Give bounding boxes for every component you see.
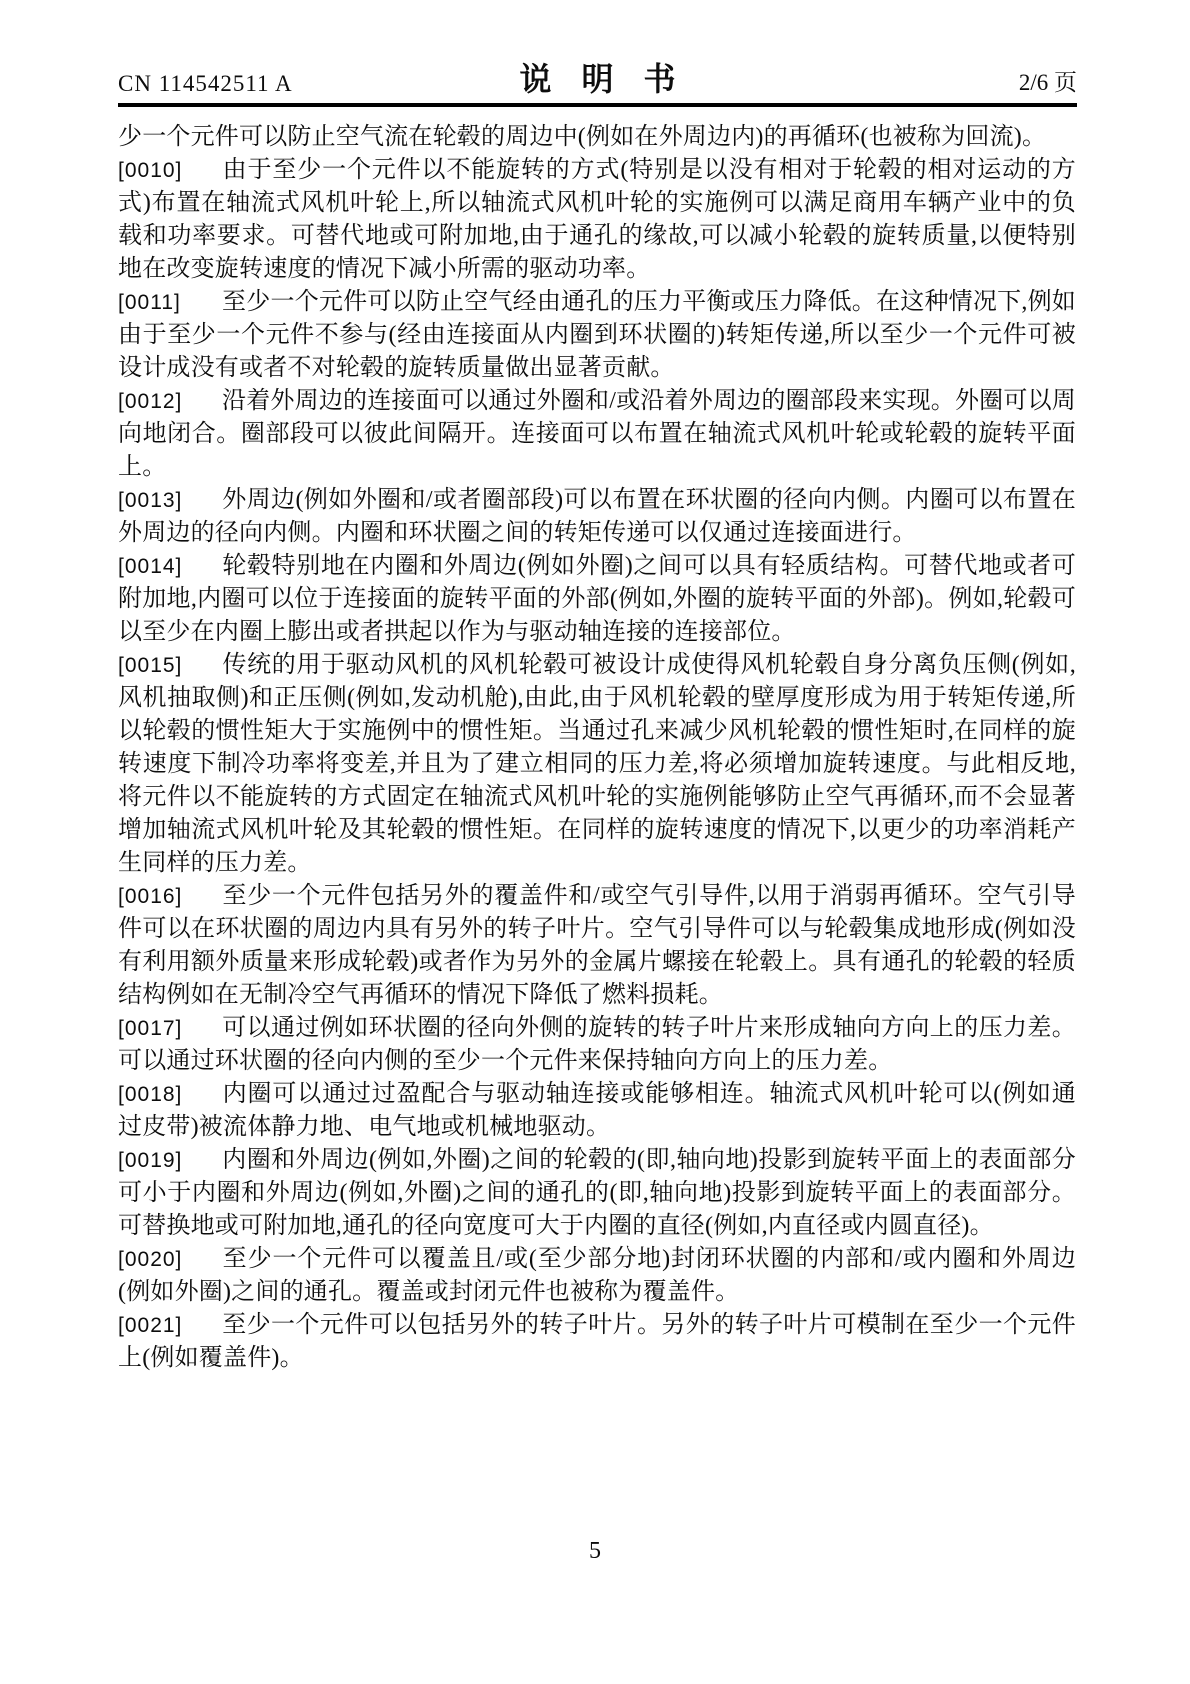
paragraph-0011: [0011]至少一个元件可以防止空气经由通孔的压力平衡或压力降低。在这种情况下,… bbox=[118, 286, 1076, 385]
page-number: 5 bbox=[589, 1538, 601, 1564]
paragraph-0012: [0012]沿着外周边的连接面可以通过外圈和/或沿着外周边的圈部段来实现。外圈可… bbox=[118, 385, 1076, 484]
page-header: CN 114542511 A 说明书 2/6 页 bbox=[118, 58, 1077, 100]
paragraph-text: 内圈和外周边(例如,外圈)之间的轮毂的(即,轴向地)投影到旋转平面上的表面部分可… bbox=[118, 1147, 1076, 1239]
paragraph-tag: [0020] bbox=[118, 1243, 222, 1276]
paragraph-text: 至少一个元件包括另外的覆盖件和/或空气引导件,以用于消弱再循环。空气引导件可以在… bbox=[118, 883, 1076, 1008]
header-divider bbox=[118, 103, 1077, 107]
specification-body: 少一个元件可以防止空气流在轮毂的周边中(例如在外周边内)的再循环(也被称为回流)… bbox=[118, 121, 1076, 1375]
paragraph-tag: [0016] bbox=[118, 880, 222, 913]
paragraph-text: 传统的用于驱动风机的风机轮毂可被设计成使得风机轮毂自身分离负压侧(例如,风机抽取… bbox=[118, 652, 1076, 876]
paragraph-text: 可以通过例如环状圈的径向外侧的旋转的转子叶片来形成轴向方向上的压力差。可以通过环… bbox=[118, 1015, 1076, 1074]
publication-number: CN 114542511 A bbox=[118, 71, 293, 97]
paragraph-tag: [0010] bbox=[118, 154, 222, 187]
paragraph-0019: [0019]内圈和外周边(例如,外圈)之间的轮毂的(即,轴向地)投影到旋转平面上… bbox=[118, 1144, 1076, 1243]
paragraph-0020: [0020]至少一个元件可以覆盖且/或(至少部分地)封闭环状圈的内部和/或内圈和… bbox=[118, 1243, 1076, 1309]
paragraph-0013: [0013]外周边(例如外圈和/或者圈部段)可以布置在环状圈的径向内侧。内圈可以… bbox=[118, 484, 1076, 550]
page-indicator: 2/6 页 bbox=[1019, 64, 1077, 97]
paragraph-text: 内圈可以通过过盈配合与驱动轴连接或能够相连。轴流式风机叶轮可以(例如通过皮带)被… bbox=[118, 1081, 1076, 1140]
paragraph-tag: [0014] bbox=[118, 550, 222, 583]
page-footer: 5 bbox=[0, 1538, 1190, 1565]
paragraph-text: 至少一个元件可以包括另外的转子叶片。另外的转子叶片可模制在至少一个元件上(例如覆… bbox=[118, 1312, 1076, 1371]
paragraph-text: 沿着外周边的连接面可以通过外圈和/或沿着外周边的圈部段来实现。外圈可以周向地闭合… bbox=[118, 388, 1076, 480]
paragraph-tag: [0015] bbox=[118, 649, 222, 682]
paragraph-0016: [0016]至少一个元件包括另外的覆盖件和/或空气引导件,以用于消弱再循环。空气… bbox=[118, 880, 1076, 1012]
paragraph-tag: [0018] bbox=[118, 1078, 222, 1111]
paragraph-0010: [0010]由于至少一个元件以不能旋转的方式(特别是以没有相对于轮毂的相对运动的… bbox=[118, 154, 1076, 286]
paragraph-0015: [0015]传统的用于驱动风机的风机轮毂可被设计成使得风机轮毂自身分离负压侧(例… bbox=[118, 649, 1076, 880]
paragraph-tag: [0021] bbox=[118, 1309, 222, 1342]
paragraph-text: 少一个元件可以防止空气流在轮毂的周边中(例如在外周边内)的再循环(也被称为回流)… bbox=[118, 124, 1046, 150]
paragraph-0021: [0021]至少一个元件可以包括另外的转子叶片。另外的转子叶片可模制在至少一个元… bbox=[118, 1309, 1076, 1375]
paragraph-text: 轮毂特别地在内圈和外周边(例如外圈)之间可以具有轻质结构。可替代地或者可附加地,… bbox=[118, 553, 1076, 645]
paragraph-tag: [0019] bbox=[118, 1144, 222, 1177]
paragraph-text: 外周边(例如外圈和/或者圈部段)可以布置在环状圈的径向内侧。内圈可以布置在外周边… bbox=[118, 487, 1076, 546]
patent-specification-page: CN 114542511 A 说明书 2/6 页 少一个元件可以防止空气流在轮毂… bbox=[0, 0, 1190, 1684]
paragraph-continuation: 少一个元件可以防止空气流在轮毂的周边中(例如在外周边内)的再循环(也被称为回流)… bbox=[118, 121, 1076, 154]
paragraph-0017: [0017]可以通过例如环状圈的径向外侧的旋转的转子叶片来形成轴向方向上的压力差… bbox=[118, 1012, 1076, 1078]
paragraph-text: 由于至少一个元件以不能旋转的方式(特别是以没有相对于轮毂的相对运动的方式)布置在… bbox=[118, 157, 1076, 282]
paragraph-tag: [0017] bbox=[118, 1012, 222, 1045]
paragraph-tag: [0012] bbox=[118, 385, 222, 418]
paragraph-tag: [0013] bbox=[118, 484, 222, 517]
paragraph-0018: [0018]内圈可以通过过盈配合与驱动轴连接或能够相连。轴流式风机叶轮可以(例如… bbox=[118, 1078, 1076, 1144]
paragraph-0014: [0014]轮毂特别地在内圈和外周边(例如外圈)之间可以具有轻质结构。可替代地或… bbox=[118, 550, 1076, 649]
paragraph-tag: [0011] bbox=[118, 286, 222, 319]
paragraph-text: 至少一个元件可以覆盖且/或(至少部分地)封闭环状圈的内部和/或内圈和外周边(例如… bbox=[118, 1246, 1076, 1305]
document-title: 说明书 bbox=[489, 54, 705, 100]
paragraph-text: 至少一个元件可以防止空气经由通孔的压力平衡或压力降低。在这种情况下,例如由于至少… bbox=[118, 289, 1076, 381]
